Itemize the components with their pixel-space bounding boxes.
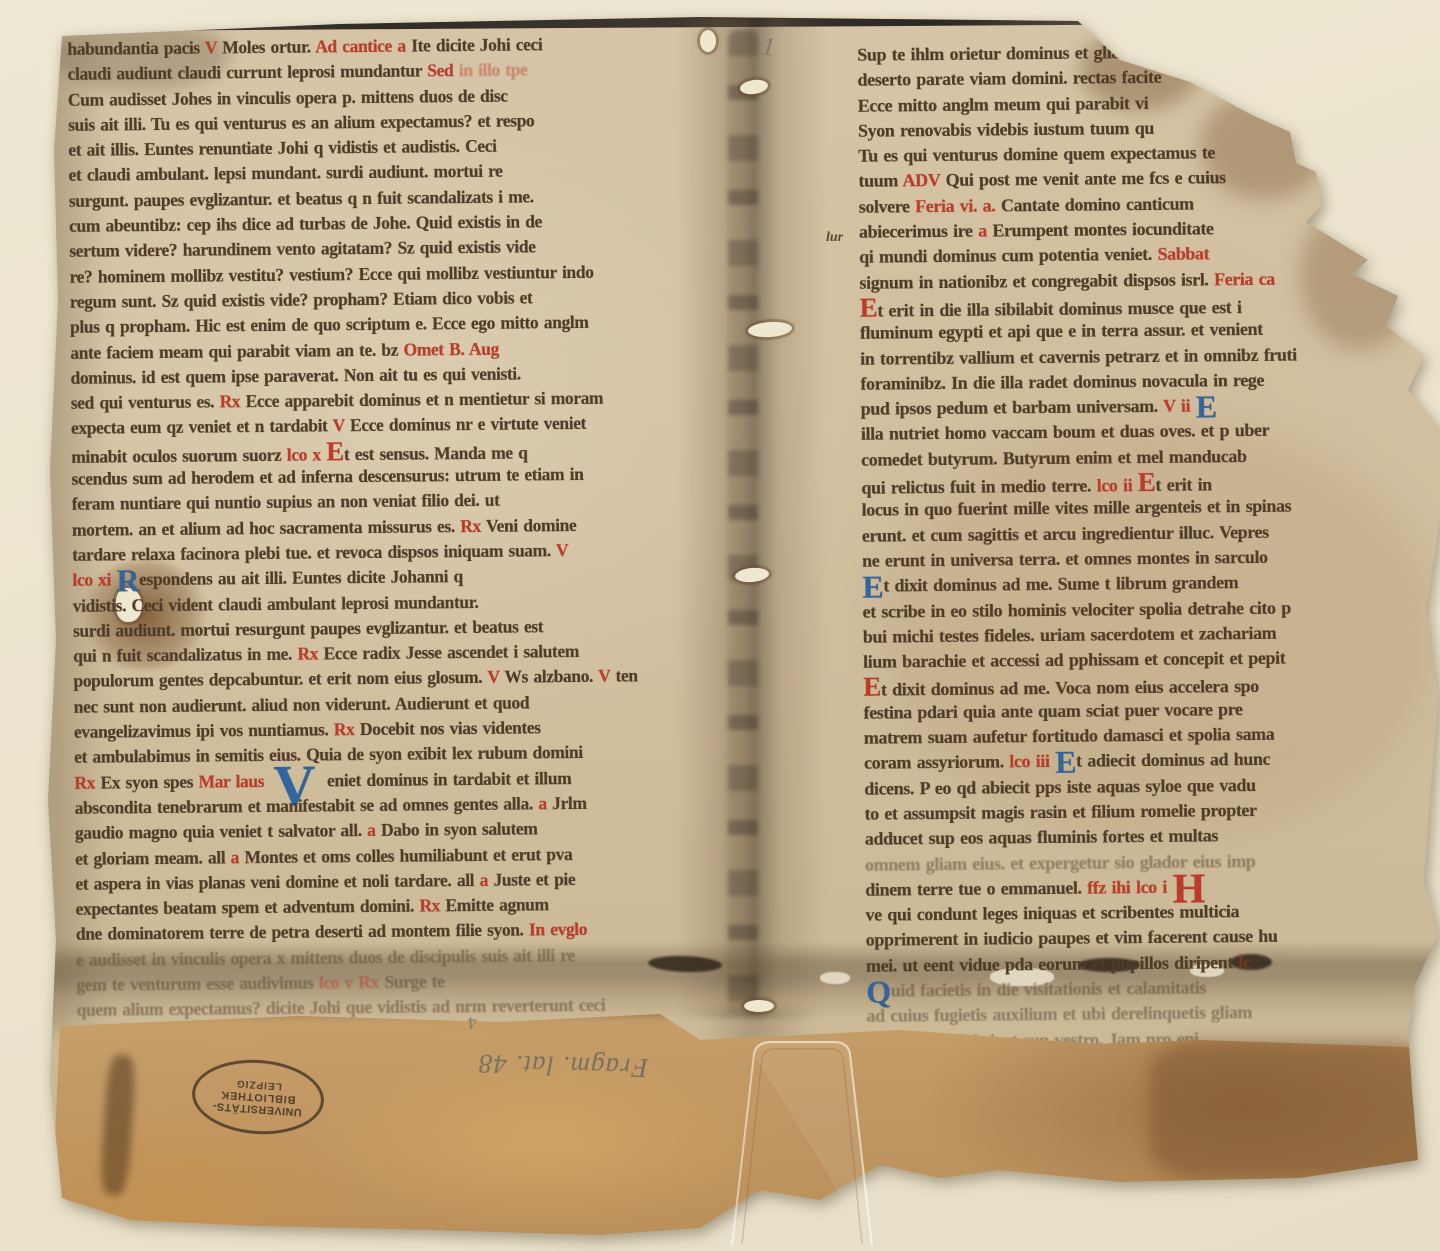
manuscript-text-line: solvere Feria vi. a. Cantate domino cant… [859, 189, 1439, 220]
manuscript-text-line: Tu es qui venturus domine quem expectamu… [858, 138, 1438, 169]
top-edge-dark-band [54, 12, 1089, 31]
manuscript-text-line: deserto parate viam domini. rectas facit… [857, 63, 1437, 94]
manuscript-text-line: abiecerimus ire a Erumpent montes iocund… [859, 214, 1439, 245]
centre-fold-stain [728, 30, 758, 1015]
acrylic-clip-stand [676, 1036, 936, 1251]
margin-note-ink: lur [826, 230, 843, 246]
sewing-hole-top [700, 30, 716, 52]
crease-flake-3 [820, 972, 850, 984]
text-column-right: Sup te ihlm orietur dominus et glia eius… [857, 37, 1440, 1054]
pencil-small-mark: 4 [468, 1012, 478, 1033]
manuscript-text-line: tuum ADV Qui post me venit ante me fcs e… [858, 164, 1438, 195]
manuscript-photo-scene: habundantia pacis V Moles ortur. Ad cant… [0, 0, 1440, 1251]
manuscript-text-line: Sup te ihlm orietur dominus et glia eius… [857, 37, 1437, 68]
manuscript-text-line: Syon renovabis videbis iustum tuum qu [858, 113, 1438, 144]
manuscript-text-line: Ecce mitto anglm meum qui parabit vi [858, 88, 1438, 119]
text-column-left: habundantia pacis V Moles ortur. Ad cant… [67, 31, 676, 1023]
pencil-shelfmark: Fragm. lat. 48 [448, 1047, 679, 1084]
sewing-hole-4 [744, 1000, 774, 1012]
